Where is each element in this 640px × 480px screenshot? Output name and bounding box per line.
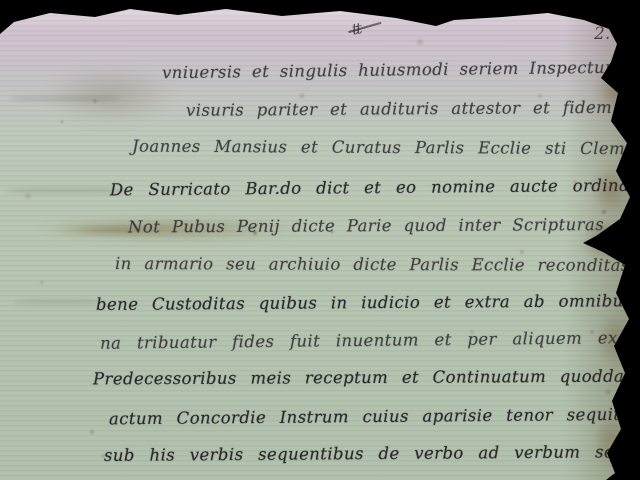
manuscript-page: tt 2. vniuersis et singulis huiusmodi se…	[0, 0, 640, 480]
edge-shading	[0, 0, 640, 480]
manuscript-photo: tt 2. vniuersis et singulis huiusmodi se…	[0, 0, 640, 480]
